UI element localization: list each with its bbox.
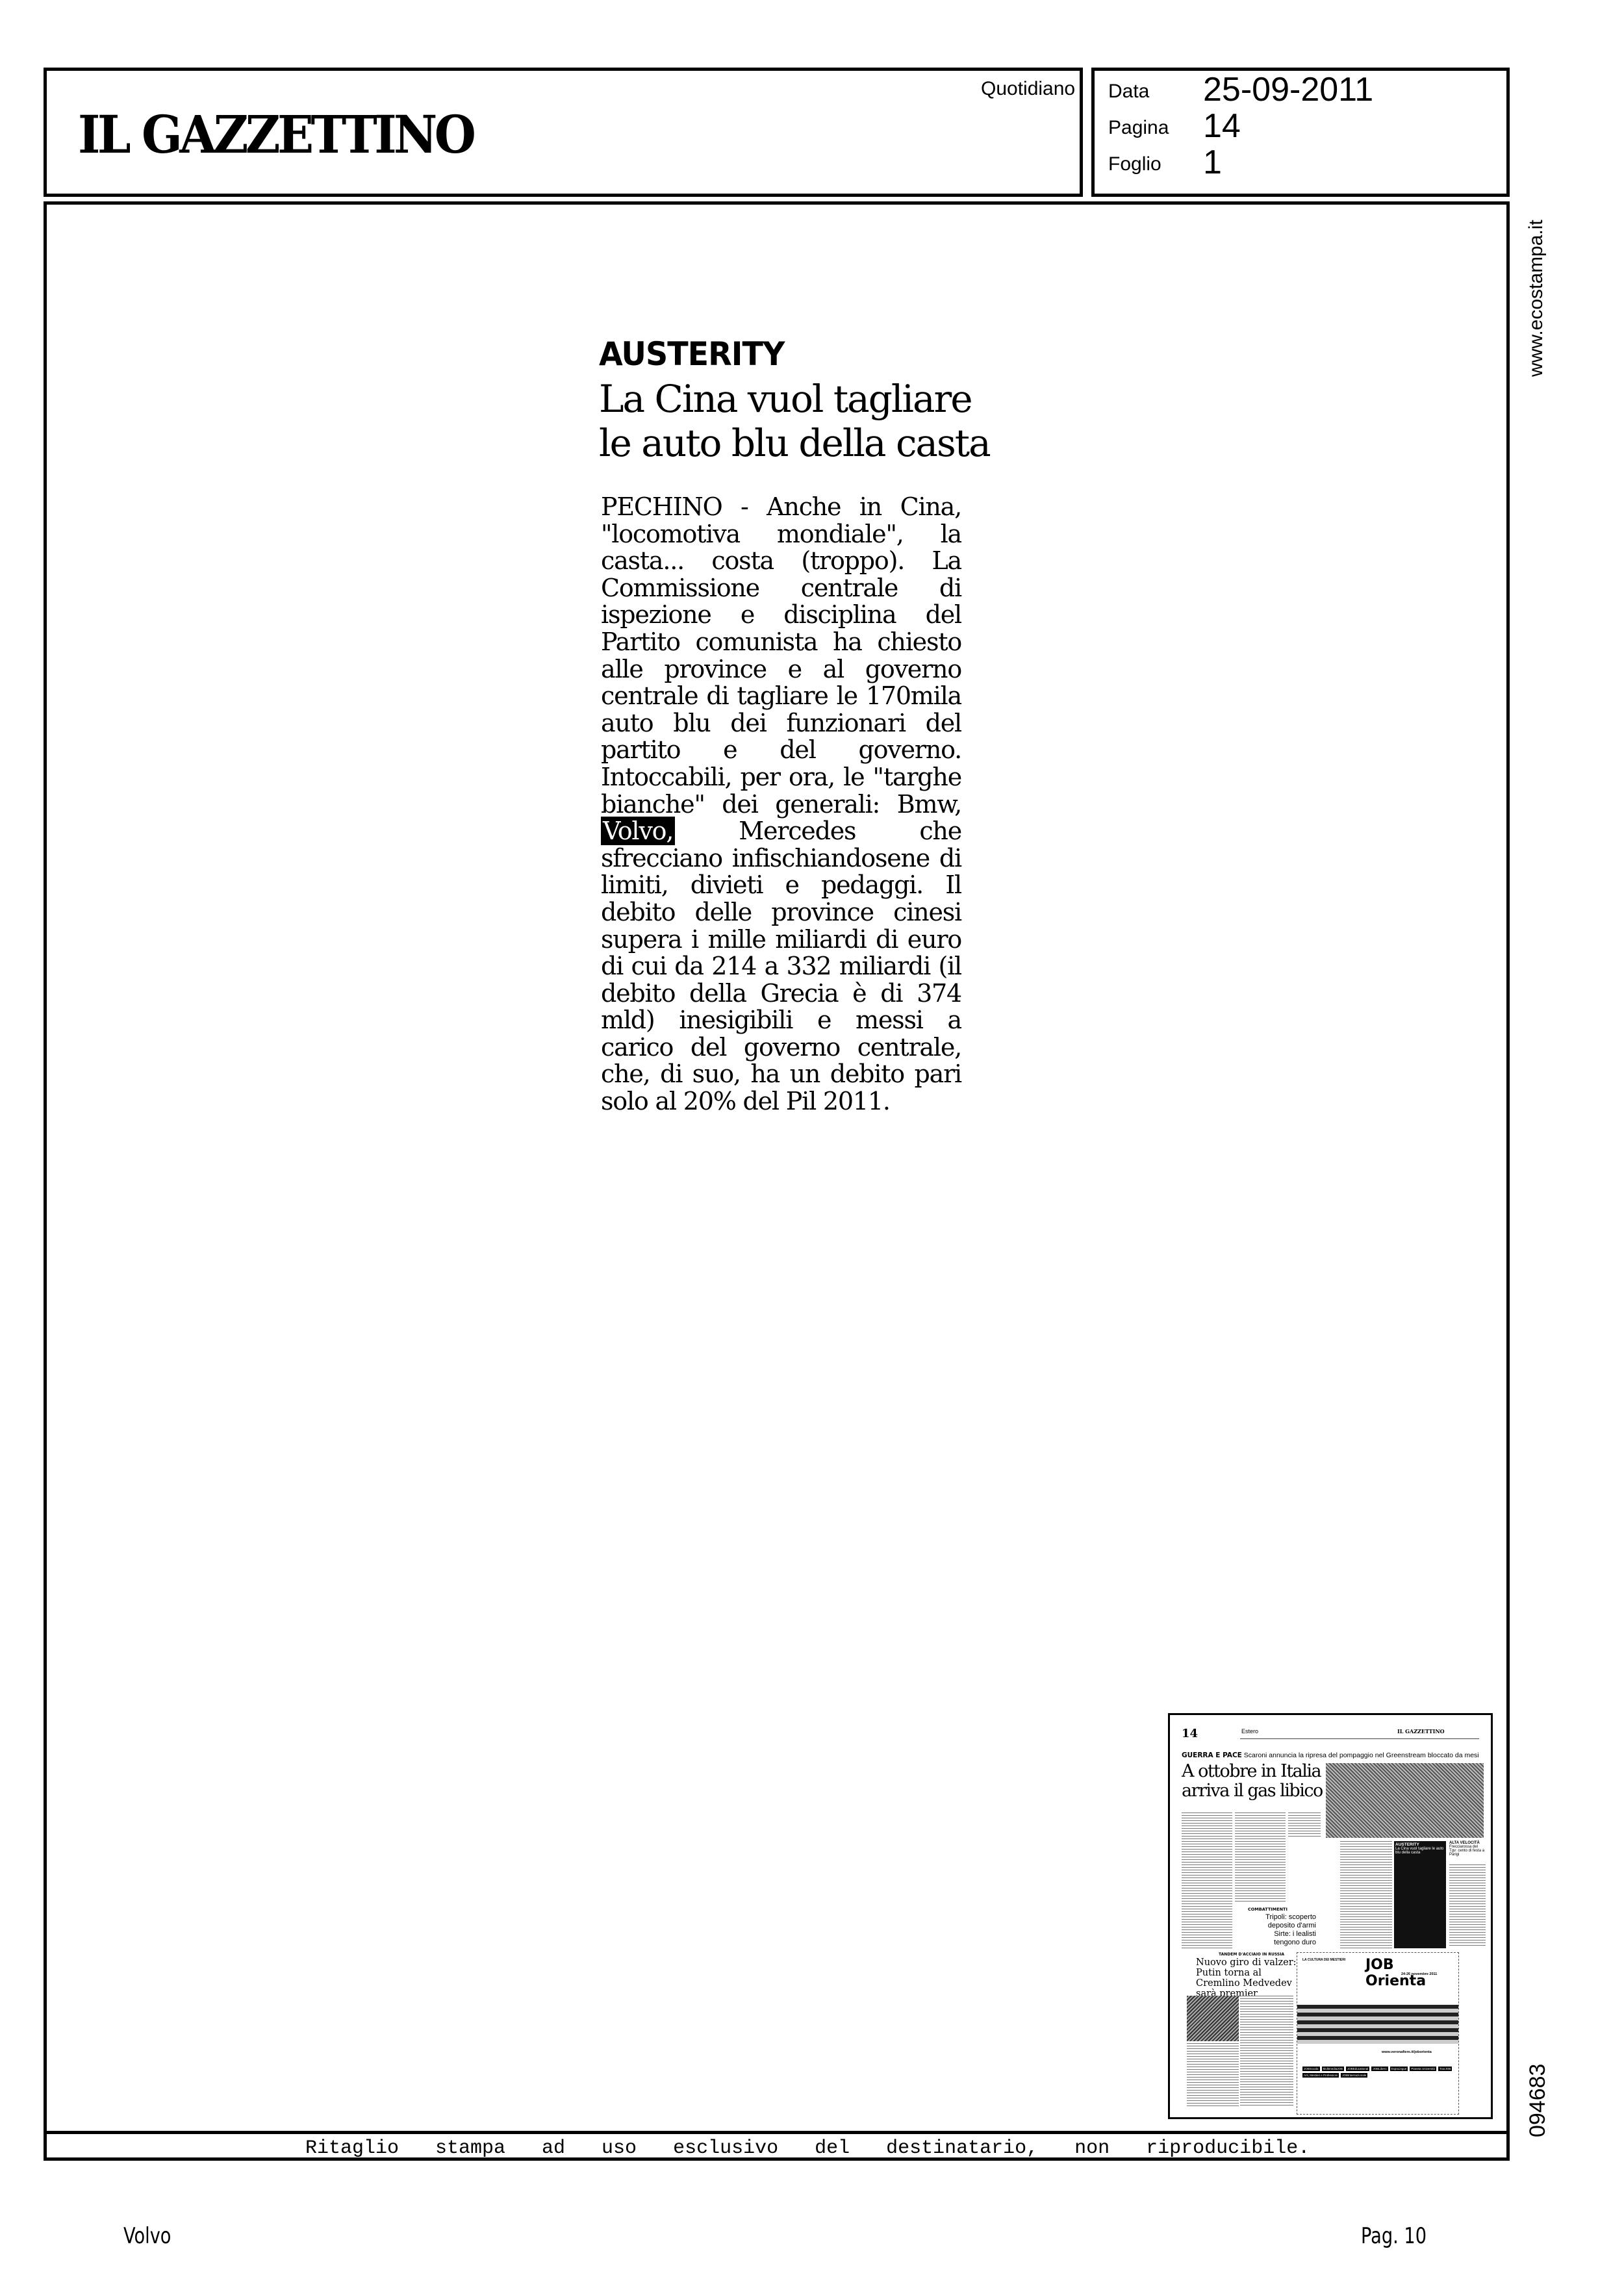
date-label: Data [1108,81,1149,103]
date-value: 25-09-2011 [1203,73,1373,107]
ad-image [1297,2005,1458,2044]
body-text-before: PECHINO - Anche in Cina, "locomotiva mon… [601,492,961,819]
headline-line-1: La Cina vuol tagliare [599,377,1054,421]
thumb-kicker-bold: GUERRA E PACE [1182,1751,1242,1759]
page-label: Pagina [1108,117,1169,139]
thumb-headline: A ottobre in Italia arriva il gas libico [1182,1762,1325,1801]
body-text-after: Mercedes che sfrecciano infischiandosene… [601,817,961,1115]
headline-line-2: le auto blu della casta [599,421,1054,465]
footer-topic: Volvo [123,2223,171,2249]
ad-tags: JOBScuola MultimediaJOB JOBEducational J… [1302,2067,1455,2078]
highlighted-keyword: Volvo, [601,817,675,845]
ad-tag: Pianeta Università [1410,2067,1436,2071]
thumb-box-kicker: AUSTERITY [1395,1842,1445,1847]
thumb-section: Estero [1241,1728,1258,1735]
thumb-tandem-kicker: TANDEM D'ACCIAIO IN RUSSIA [1219,1952,1284,1957]
thumb-austerity-box: AUSTERITY La Cina vuol tagliare le auto … [1394,1841,1446,1948]
page-thumbnail: 14 Estero IL GAZZETTINO GUERRA E PACE Sc… [1168,1713,1493,2119]
ad-title: LA CULTURA DEI MESTIERI [1302,1958,1345,1962]
thumb-column-1 [1182,1813,1232,1949]
ad-url: www.veronafiere.it/joborienta [1382,2050,1432,2054]
ad-dates: 24-26 novembre 2011 [1401,1972,1437,1976]
thumb-column-2 [1235,1813,1286,1903]
thumb-tandem-headline: Nuovo giro di valzer: Putin torna al Cre… [1196,1957,1300,1999]
ad-tag: Arti, Mestieri e Professioni [1302,2073,1339,2078]
ad-tag: MultimediaJOB [1322,2067,1345,2071]
ad-tag: JOBInternazionale [1341,2073,1367,2078]
disclaimer-text: Ritaglio stampa ad uso esclusivo del des… [305,2137,1310,2159]
thumb-photo [1326,1763,1484,1838]
thumb-page-number: 14 [1182,1727,1198,1740]
thumb-column-3 [1340,1841,1392,1948]
thumb-column-6 [1187,2043,1239,2108]
thumb-column-5 [1240,1996,1293,2107]
ad-tag: JOBEducational [1346,2067,1369,2071]
thumb-putin-photo [1187,1996,1239,2041]
newspaper-masthead: IL GAZZETTINO [78,104,473,165]
sheet-label: Foglio [1108,153,1161,175]
thumb-rule [1240,1738,1479,1739]
article-headline: La Cina vuol tagliare le auto blu della … [599,377,1054,465]
ad-tag: JOBScuola [1302,2067,1320,2071]
page-value: 14 [1203,109,1241,143]
article-kicker: AUSTERITY [599,335,784,373]
side-url: www.ecostampa.it [1525,220,1547,377]
footer-page-number: Pag. 10 [1361,2223,1427,2249]
thumb-alta-headline: Frecciarossa del Tgv: cento di festa a P… [1449,1845,1486,1857]
thumb-alta-velocita: ALTA VELOCITÀ Frecciarossa del Tgv: cent… [1449,1841,1486,1857]
thumb-advertisement: LA CULTURA DEI MESTIERI JOB Orienta 24-2… [1297,1952,1459,2115]
article-body: PECHINO - Anche in Cina, "locomotiva mon… [601,494,961,1115]
ad-tag: TourJOB [1438,2067,1453,2071]
ad-tag: JOBLibero [1371,2067,1388,2071]
thumb-combattimenti-kicker: COMBATTIMENTI [1248,1907,1288,1912]
sheet-value: 1 [1203,146,1222,179]
side-code: 094683 [1525,2064,1551,2137]
periodicity-label: Quotidiano [981,78,1075,100]
ad-tag: ExpoLingue [1390,2067,1408,2071]
thumb-kicker: GUERRA E PACE Scaroni annuncia la ripres… [1182,1751,1479,1759]
footer-divider [44,2131,1510,2134]
thumb-kicker-text: Scaroni annuncia la ripresa del pompaggi… [1244,1751,1479,1759]
thumb-masthead: IL GAZZETTINO [1397,1728,1445,1735]
thumb-combattimenti-headline: Tripoli: scoperto deposito d'armi Sirte:… [1254,1913,1316,1947]
thumb-column-4 [1449,1864,1486,1948]
thumb-box-headline: La Cina vuol tagliare le auto blu della … [1395,1847,1445,1855]
thumb-column-caption [1288,1813,1321,1838]
